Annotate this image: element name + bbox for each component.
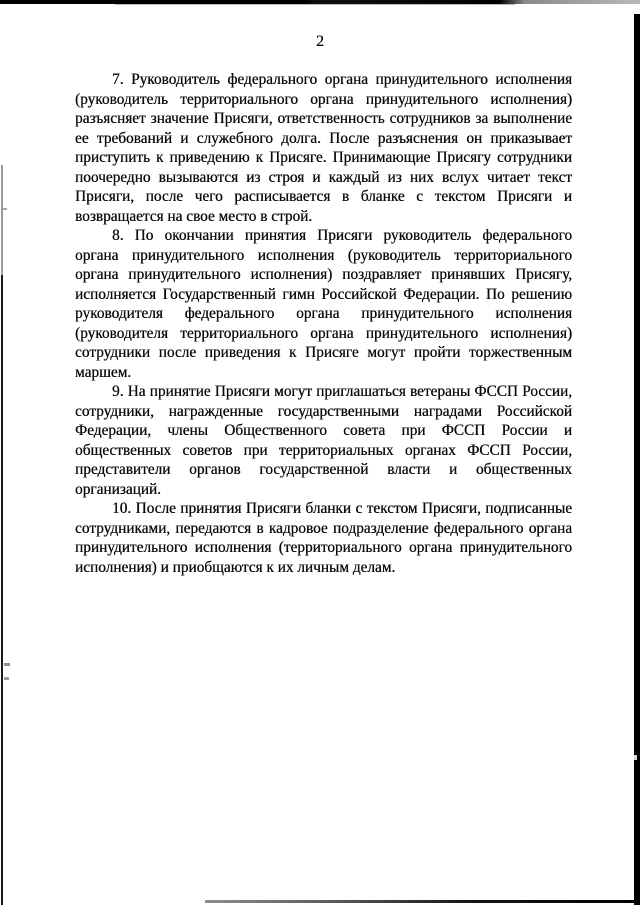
- paragraph-9: 9. На принятие Присяги могут приглашатьс…: [75, 382, 572, 499]
- scan-artifact-speck: [3, 208, 7, 210]
- document-page: 2 7. Руководитель федерального органа пр…: [0, 0, 640, 905]
- scan-artifact-top-bar-tail: [115, 4, 515, 5]
- paragraph-10: 10. После принятия Присяги бланки с текс…: [75, 499, 572, 577]
- scan-artifact-right-edge-line: [634, 14, 640, 905]
- scan-artifact-left-edge-line-gray: [1, 165, 3, 275]
- paragraph-8: 8. По окончании принятия Присяги руковод…: [75, 226, 572, 382]
- scan-artifact-right-edge-notch: [634, 755, 637, 760]
- scan-artifact-speck: [4, 663, 10, 666]
- paragraph-7: 7. Руководитель федерального органа прин…: [75, 70, 572, 226]
- document-body: 7. Руководитель федерального органа прин…: [75, 70, 572, 577]
- scan-artifact-bottom-edge-line: [205, 900, 640, 903]
- page-number: 2: [0, 33, 640, 51]
- scan-artifact-left-edge-line-black: [1, 275, 3, 905]
- scan-artifact-top-bar: [0, 0, 640, 4]
- scan-artifact-speck: [4, 677, 9, 680]
